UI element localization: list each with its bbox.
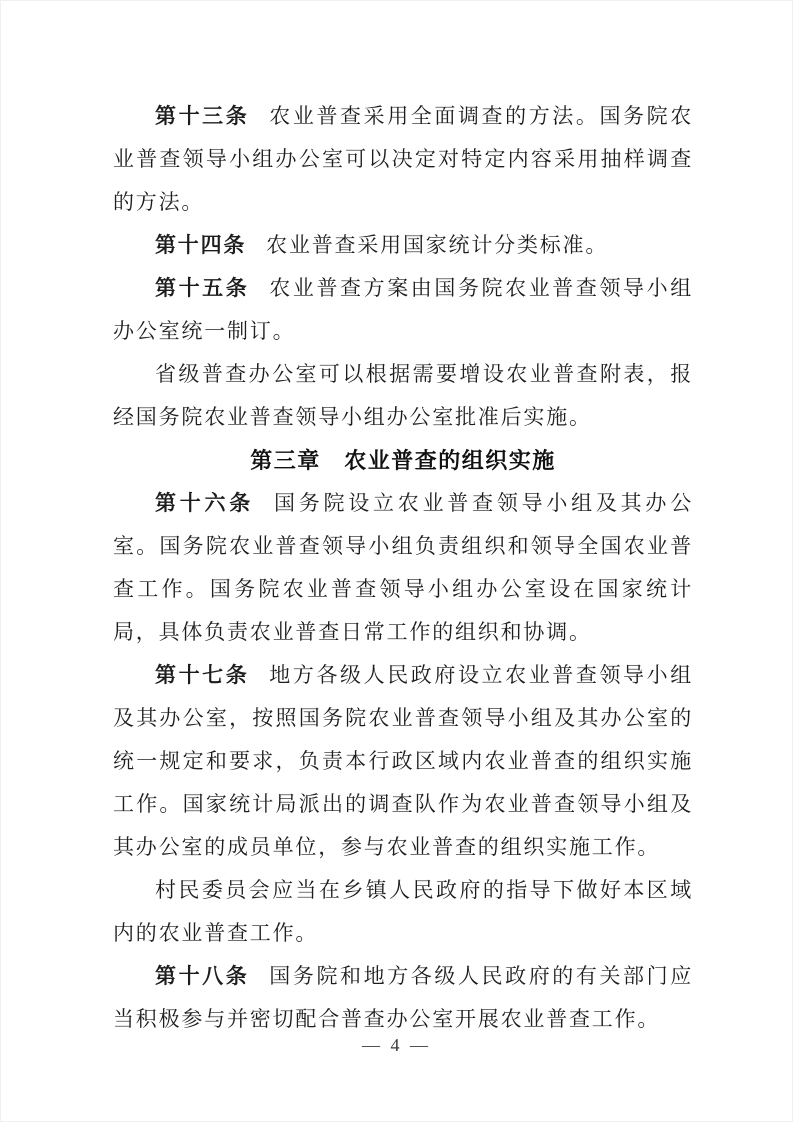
article-paragraph-17: 第十七条地方各级人民政府设立农业普查领导小组及其办公室，按照国务院农业普查领导小… <box>113 654 693 869</box>
article-number-15: 第十五条 <box>155 277 249 300</box>
body-paragraph-provincial-tables: 省级普查办公室可以根据需要增设农业普查附表，报经国务院农业普查领导小组办公室批准… <box>113 353 693 439</box>
body-paragraph-village-committee: 村民委员会应当在乡镇人民政府的指导下做好本区域内的农业普查工作。 <box>113 869 693 955</box>
article-number-17: 第十七条 <box>155 664 249 687</box>
article-paragraph-18: 第十八条国务院和地方各级人民政府的有关部门应当积极参与并密切配合普查办公室开展农… <box>113 955 693 1041</box>
article-paragraph-16: 第十六条国务院设立农业普查领导小组及其办公室。国务院农业普查领导小组负责组织和领… <box>113 482 693 654</box>
article-number-18: 第十八条 <box>155 965 249 988</box>
article-number-13: 第十三条 <box>155 105 249 128</box>
article-number-14: 第十四条 <box>155 234 246 257</box>
body-paragraph-text: 村民委员会应当在乡镇人民政府的指导下做好本区域内的农业普查工作。 <box>113 878 693 945</box>
body-paragraph-text: 省级普查办公室可以根据需要增设农业普查附表，报经国务院农业普查领导小组办公室批准… <box>113 362 693 429</box>
page-number: — 4 — <box>1 1032 792 1058</box>
article-paragraph-13: 第十三条农业普查采用全面调查的方法。国务院农业普查领导小组办公室可以决定对特定内… <box>113 95 693 224</box>
article-text-14: 农业普查采用国家统计分类标准。 <box>266 233 608 257</box>
document-body: 第十三条农业普查采用全面调查的方法。国务院农业普查领导小组办公室可以决定对特定内… <box>113 95 693 1041</box>
document-page: 第十三条农业普查采用全面调查的方法。国务院农业普查领导小组办公室可以决定对特定内… <box>0 0 793 1122</box>
article-text-17: 地方各级人民政府设立农业普查领导小组及其办公室，按照国务院农业普查领导小组及其办… <box>113 663 693 859</box>
chapter-heading: 第三章 农业普查的组织实施 <box>113 439 693 482</box>
article-paragraph-14: 第十四条农业普查采用国家统计分类标准。 <box>113 224 693 267</box>
article-paragraph-15: 第十五条农业普查方案由国务院农业普查领导小组办公室统一制订。 <box>113 267 693 353</box>
article-number-16: 第十六条 <box>155 492 254 515</box>
